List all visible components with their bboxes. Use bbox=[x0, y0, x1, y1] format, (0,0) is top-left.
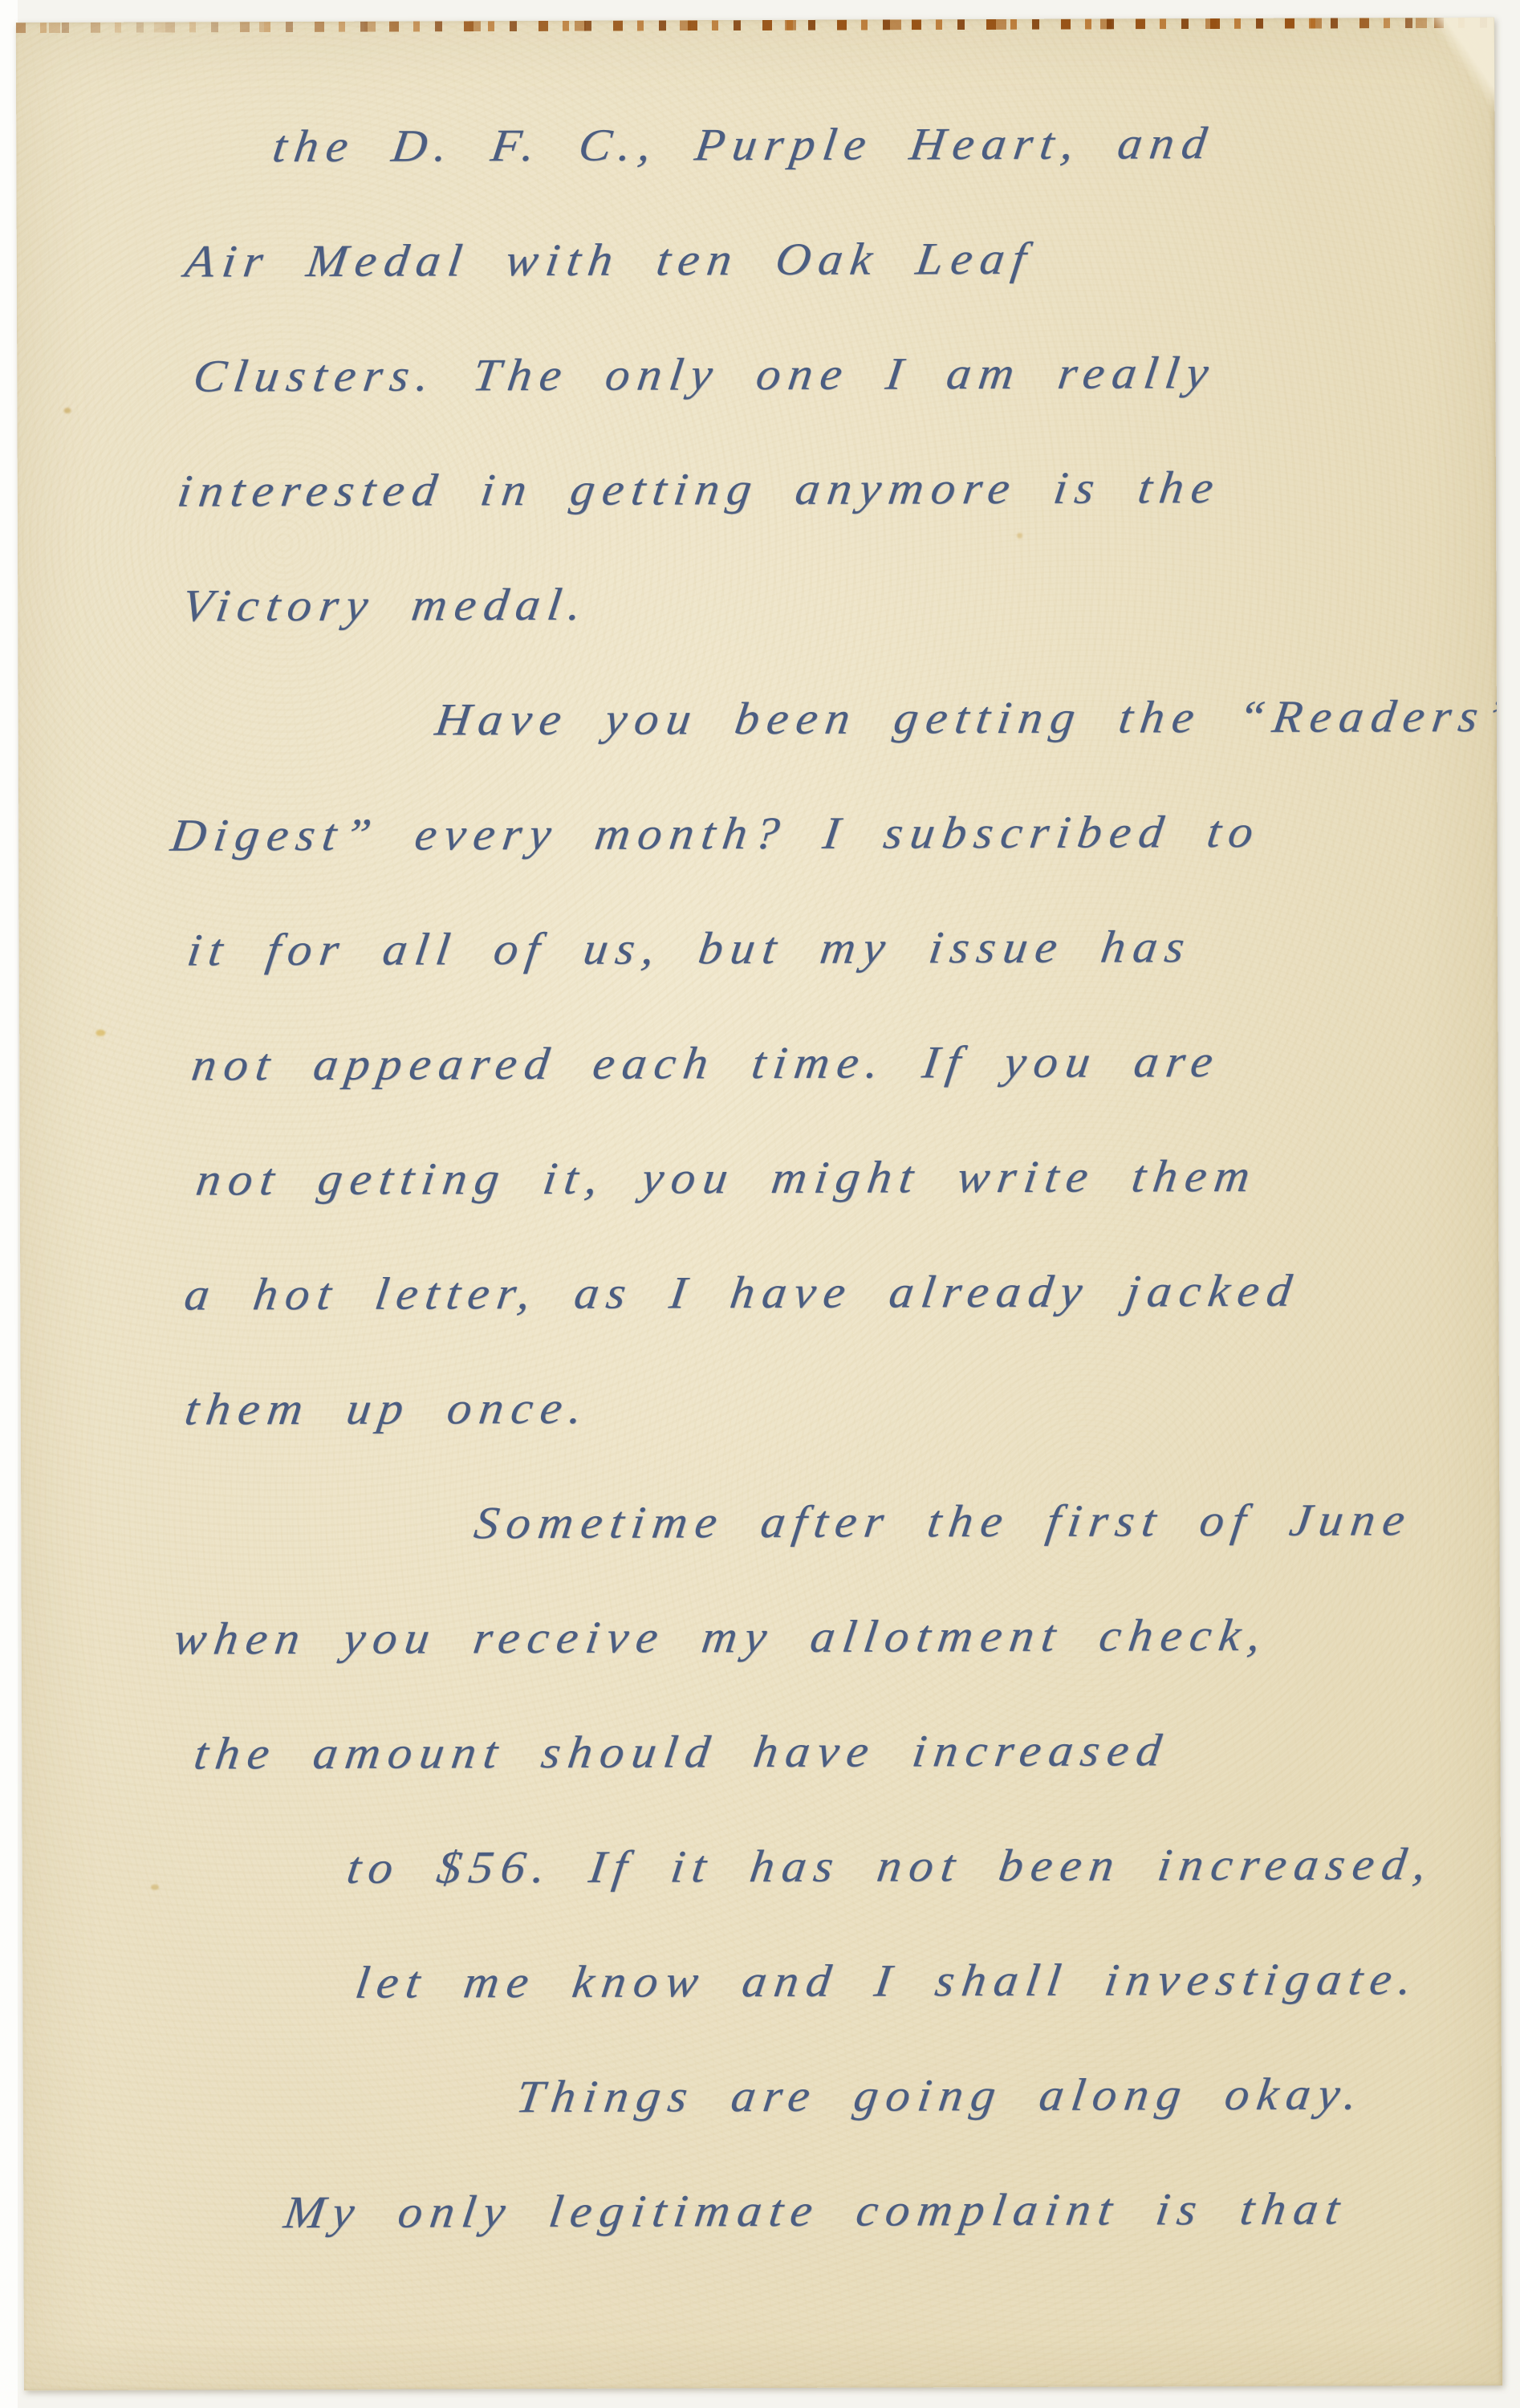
handwriting-line: Things are going along okay. bbox=[509, 2036, 1502, 2154]
handwriting-line: not appeared each time. If you are bbox=[185, 1003, 1503, 1122]
handwriting-line: Victory medal. bbox=[175, 543, 1503, 663]
handwriting-line: it for all of us, but my issue has bbox=[180, 888, 1502, 1007]
handwriting-line: a hot letter, as I have already jacked bbox=[177, 1232, 1503, 1352]
handwriting-line: Digest” every month? I subscribed to bbox=[164, 773, 1503, 893]
letter-page: the D. F. C., Purple Heart, andAir Medal… bbox=[16, 18, 1502, 2390]
handwriting-line: let me know and I shall investigate. bbox=[348, 1921, 1503, 2040]
handwriting-line: to $56. If it has not been increased, bbox=[339, 1806, 1502, 1925]
handwriting-line: the D. F. C., Purple Heart, and bbox=[266, 84, 1503, 204]
rust-stain-top bbox=[16, 18, 1494, 33]
handwriting-line: Sometime after the first of June bbox=[467, 1462, 1503, 1580]
letter-body: the D. F. C., Purple Heart, andAir Medal… bbox=[16, 85, 1502, 2271]
handwriting-line: when you receive my allotment check, bbox=[166, 1576, 1502, 1696]
handwriting-line: Air Medal with ten Oak Leaf bbox=[177, 199, 1502, 319]
handwriting-line: Clusters. The only one I am really bbox=[186, 314, 1503, 433]
handwriting-line: them up once. bbox=[177, 1347, 1502, 1466]
scan-background: the D. F. C., Purple Heart, andAir Medal… bbox=[0, 0, 1520, 2408]
handwriting-line: Have you been getting the “Readers’ bbox=[428, 658, 1502, 777]
handwriting-line: not getting it, you might write them bbox=[189, 1117, 1502, 1237]
handwriting-line: My only legitimate complaint is that bbox=[277, 2150, 1503, 2270]
handwriting-line: interested in getting anymore is the bbox=[170, 429, 1502, 548]
handwriting-line: the amount should have increased bbox=[187, 1691, 1503, 1811]
